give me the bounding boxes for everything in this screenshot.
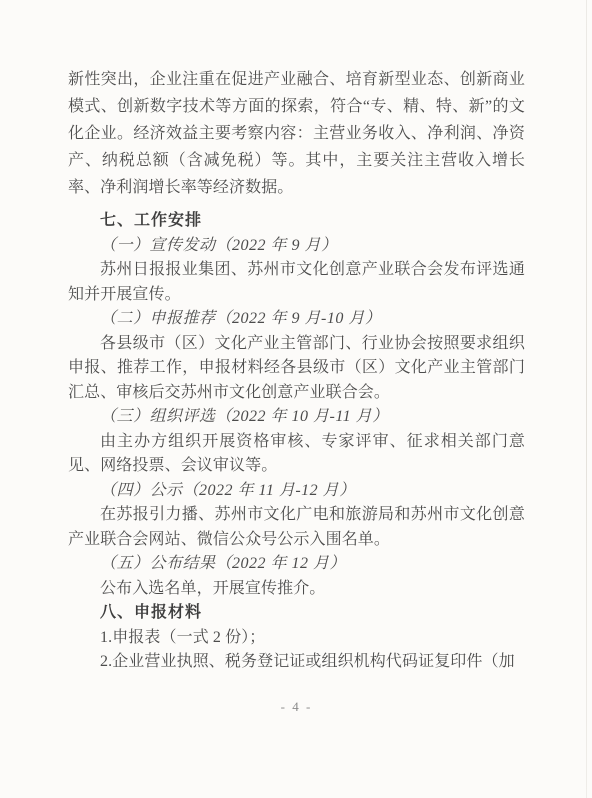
paragraph-public-notice: 在苏报引力播、苏州市文化广电和旅游局和苏州市文化创意产业联合会网站、微信公众号公…: [68, 503, 525, 552]
document-page: 新性突出，企业注重在促进产业融合、培育新型业态、创新商业模式、创新数字技术等方面…: [0, 0, 592, 798]
heading-work-arrangement: 七、工作安排: [68, 209, 525, 234]
paragraph-evaluation-criteria-continuation: 新性突出，企业注重在促进产业融合、培育新型业态、创新商业模式、创新数字技术等方面…: [68, 66, 525, 201]
paragraph-announce-results: 公布入选名单，开展宣传推介。: [68, 577, 525, 602]
subheading-publicity-launch: （一）宣传发动（2022 年 9 月）: [68, 234, 525, 259]
page-number: - 4 -: [68, 699, 525, 715]
subheading-public-notice: （四）公示（2022 年 11 月-12 月）: [68, 479, 525, 504]
paragraph-material-item-2: 2.企业营业执照、税务登记证或组织机构代码证复印件（加: [68, 650, 525, 675]
subheading-announce-results: （五）公布结果（2022 年 12 月）: [68, 552, 525, 577]
paragraph-organize-selection: 由主办方组织开展资格审核、专家评审、征求相关部门意见、网络投票、会议审议等。: [68, 430, 525, 479]
subheading-organize-selection: （三）组织评选（2022 年 10 月-11 月）: [68, 405, 525, 430]
paragraph-publicity-launch: 苏州日报报业集团、苏州市文化创意产业联合会发布评选通知并开展宣传。: [68, 258, 525, 307]
paragraph-material-item-1: 1.申报表（一式 2 份）；: [68, 626, 525, 651]
paragraph-application-recommendation: 各县级市（区）文化产业主管部门、行业协会按照要求组织申报、推荐工作，申报材料经各…: [68, 332, 525, 406]
heading-application-materials: 八、申报材料: [68, 601, 525, 626]
subheading-application-recommendation: （二）申报推荐（2022 年 9 月-10 月）: [68, 307, 525, 332]
scan-page-edge-line: [586, 0, 587, 798]
